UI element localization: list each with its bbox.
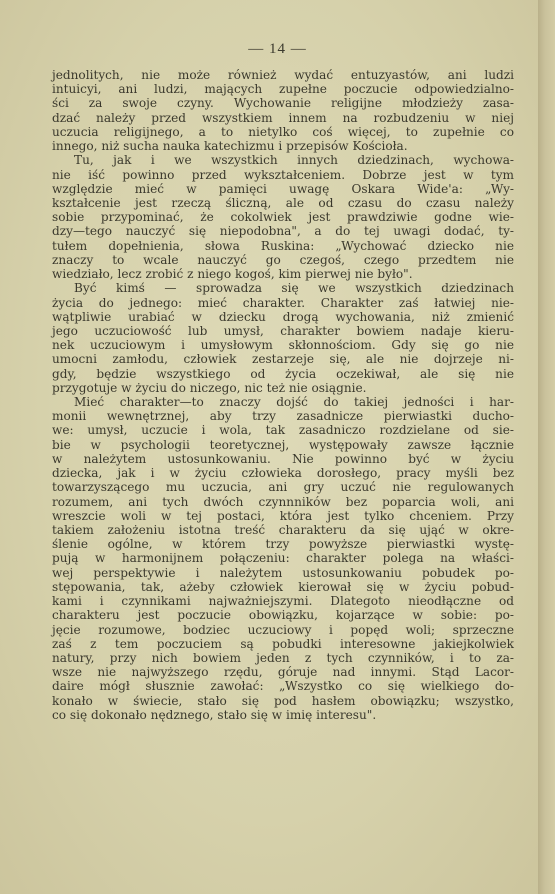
text-line: nek uczuciowym i umysłowym skłonnościom.… (52, 338, 514, 352)
text-line: przygotuje w życiu do niczego, nic też n… (52, 381, 514, 395)
text-line: Tu, jak i we wszystkich innych dziedzina… (52, 153, 514, 167)
text-line: jęcie rozumowe, bodziec uczuciowy i popę… (52, 623, 514, 637)
text-line: życia do jednego: mieć charakter. Charak… (52, 296, 514, 310)
text-line: Mieć charakter—to znaczy dojść do takiej… (52, 395, 514, 409)
paragraph: Być kimś — sprowadza się we wszystkich d… (52, 281, 514, 395)
text-line: wiedziało, lecz zrobić z niego kogoś, ki… (52, 267, 514, 281)
text-line: wątpliwie urabiać w dziecku drogą wychow… (52, 310, 514, 324)
text-line: we: umysł, uczucie i wola, tak zasadnicz… (52, 423, 514, 437)
body-text: jednolitych, nie może również wydać entu… (52, 68, 514, 722)
text-line: innego, niż sucha nauka katechizmu i prz… (52, 139, 514, 153)
text-line: jednolitych, nie może również wydać entu… (52, 68, 514, 82)
book-spine (538, 0, 555, 894)
text-line: wsze nie najwyższego rzędu, góruje nad i… (52, 665, 514, 679)
text-line: ści za swoje czyny. Wychowanie religijne… (52, 96, 514, 110)
text-line: rozumem, ani tych dwóch czynnników bez p… (52, 495, 514, 509)
text-line: dziecka, jak i w życiu człowieka dorosłe… (52, 466, 514, 480)
text-line: dzy—tego nauczyć się niepodobna", a do t… (52, 224, 514, 238)
text-line: wreszcie woli w tej postaci, która jest … (52, 509, 514, 523)
text-line: natury, przy nich bowiem jeden z tych cz… (52, 651, 514, 665)
text-line: gdy, będzie wszystkiego od życia oczekiw… (52, 367, 514, 381)
text-line: jego uczuciowość lub umysł, charakter bo… (52, 324, 514, 338)
text-line: stępowania, tak, ażeby człowiek kierował… (52, 580, 514, 594)
text-line: tułem dopełnienia, słowa Ruskina: „Wycho… (52, 239, 514, 253)
text-line: umocni zamłodu, człowiek zestarzeje się,… (52, 352, 514, 366)
text-line: uczucia religijnego, a to nietylko coś w… (52, 125, 514, 139)
text-line: pują w harmonijnem połączeniu: charakter… (52, 551, 514, 565)
text-line: Być kimś — sprowadza się we wszystkich d… (52, 281, 514, 295)
paragraph: jednolitych, nie może również wydać entu… (52, 68, 514, 153)
text-line: monii wewnętrznej, aby trzy zasadnicze p… (52, 409, 514, 423)
paragraph: Mieć charakter—to znaczy dojść do takiej… (52, 395, 514, 722)
text-line: wej perspektywie i należytem ustosunkowa… (52, 566, 514, 580)
text-line: ślenie ogólne, w którem trzy powyższe pi… (52, 537, 514, 551)
text-line: znaczy to wcale nauczyć go czegoś, czego… (52, 253, 514, 267)
text-line: bie w psychologii teoretycznej, występow… (52, 438, 514, 452)
text-line: dzać należy przed wszystkiem innem na ro… (52, 111, 514, 125)
text-line: towarzyszącego mu uczucia, ani gry uczuć… (52, 480, 514, 494)
text-line: kształcenie jest rzeczą śliczną, ale od … (52, 196, 514, 210)
text-line: charakteru jest poczucie obowiązku, koja… (52, 608, 514, 622)
text-line: takiem założeniu istotna treść charakter… (52, 523, 514, 537)
text-line: konało w świecie, stało się pod hasłem o… (52, 694, 514, 708)
text-line: sobie przypominać, że cokolwiek jest pra… (52, 210, 514, 224)
text-line: w należytem ustosunkowaniu. Nie powinno … (52, 452, 514, 466)
paragraph: Tu, jak i we wszystkich innych dziedzina… (52, 153, 514, 281)
text-line: daire mógł słusznie zawołać: „Wszystko c… (52, 679, 514, 693)
text-line: co się dokonało nędznego, stało się w im… (52, 708, 514, 722)
text-line: intuicyi, ani ludzi, mających zupełne po… (52, 82, 514, 96)
text-line: kami i czynnikami najważniejszymi. Dlate… (52, 594, 514, 608)
page-number: — 14 — (0, 41, 555, 58)
text-line: zaś z tem poczuciem są pobudki interesow… (52, 637, 514, 651)
text-line: względzie mieć w pamięci uwagę Oskara Wi… (52, 182, 514, 196)
text-line: nie iść powinno przed wykształceniem. Do… (52, 168, 514, 182)
